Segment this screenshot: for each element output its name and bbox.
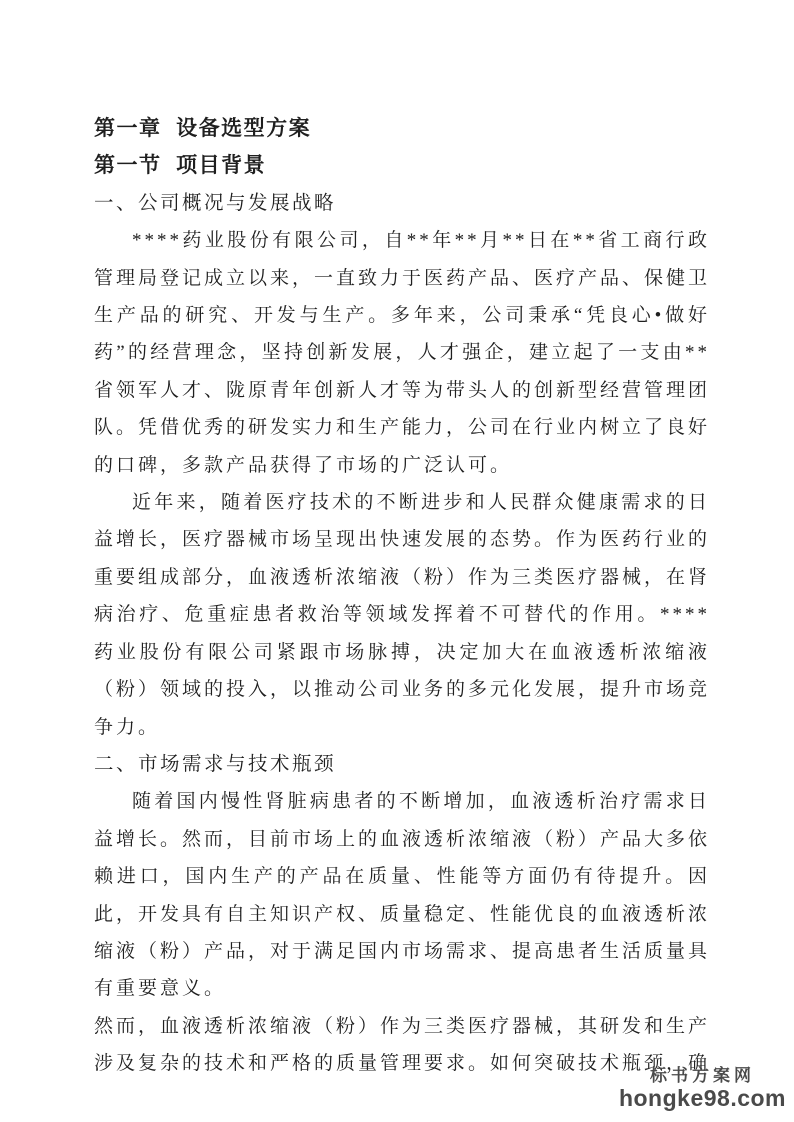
paragraph: 近年来，随着医疗技术的不断进步和人民群众健康需求的日益增长，医疗器械市场呈现出快… bbox=[94, 484, 710, 746]
sub-heading: 二、市场需求与技术瓶颈 bbox=[94, 746, 710, 783]
watermark-site-name: 标书方案网 bbox=[619, 1066, 786, 1086]
chapter-heading: 第一章 设备选型方案 bbox=[94, 110, 710, 147]
section-heading: 第一节 项目背景 bbox=[94, 147, 710, 184]
sub-heading: 一、公司概况与发展战略 bbox=[94, 185, 710, 222]
paragraph: 然而，血液透析浓缩液（粉）作为三类医疗器械，其研发和生产涉及复杂的技术和严格的质… bbox=[94, 1008, 710, 1083]
document-page: { "page": { "background": "#ffffff", "te… bbox=[0, 0, 794, 1122]
paragraph: ****药业股份有限公司，自**年**月**日在**省工商行政管理局登记成立以来… bbox=[94, 222, 710, 484]
watermark-site-url: hongke98.com bbox=[619, 1086, 786, 1110]
watermark: 标书方案网 hongke98.com bbox=[619, 1066, 786, 1110]
paragraph: 随着国内慢性肾脏病患者的不断增加，血液透析治疗需求日益增长。然而，目前市场上的血… bbox=[94, 783, 710, 1007]
document-body: 第一章 设备选型方案第一节 项目背景一、公司概况与发展战略****药业股份有限公… bbox=[94, 110, 710, 1083]
